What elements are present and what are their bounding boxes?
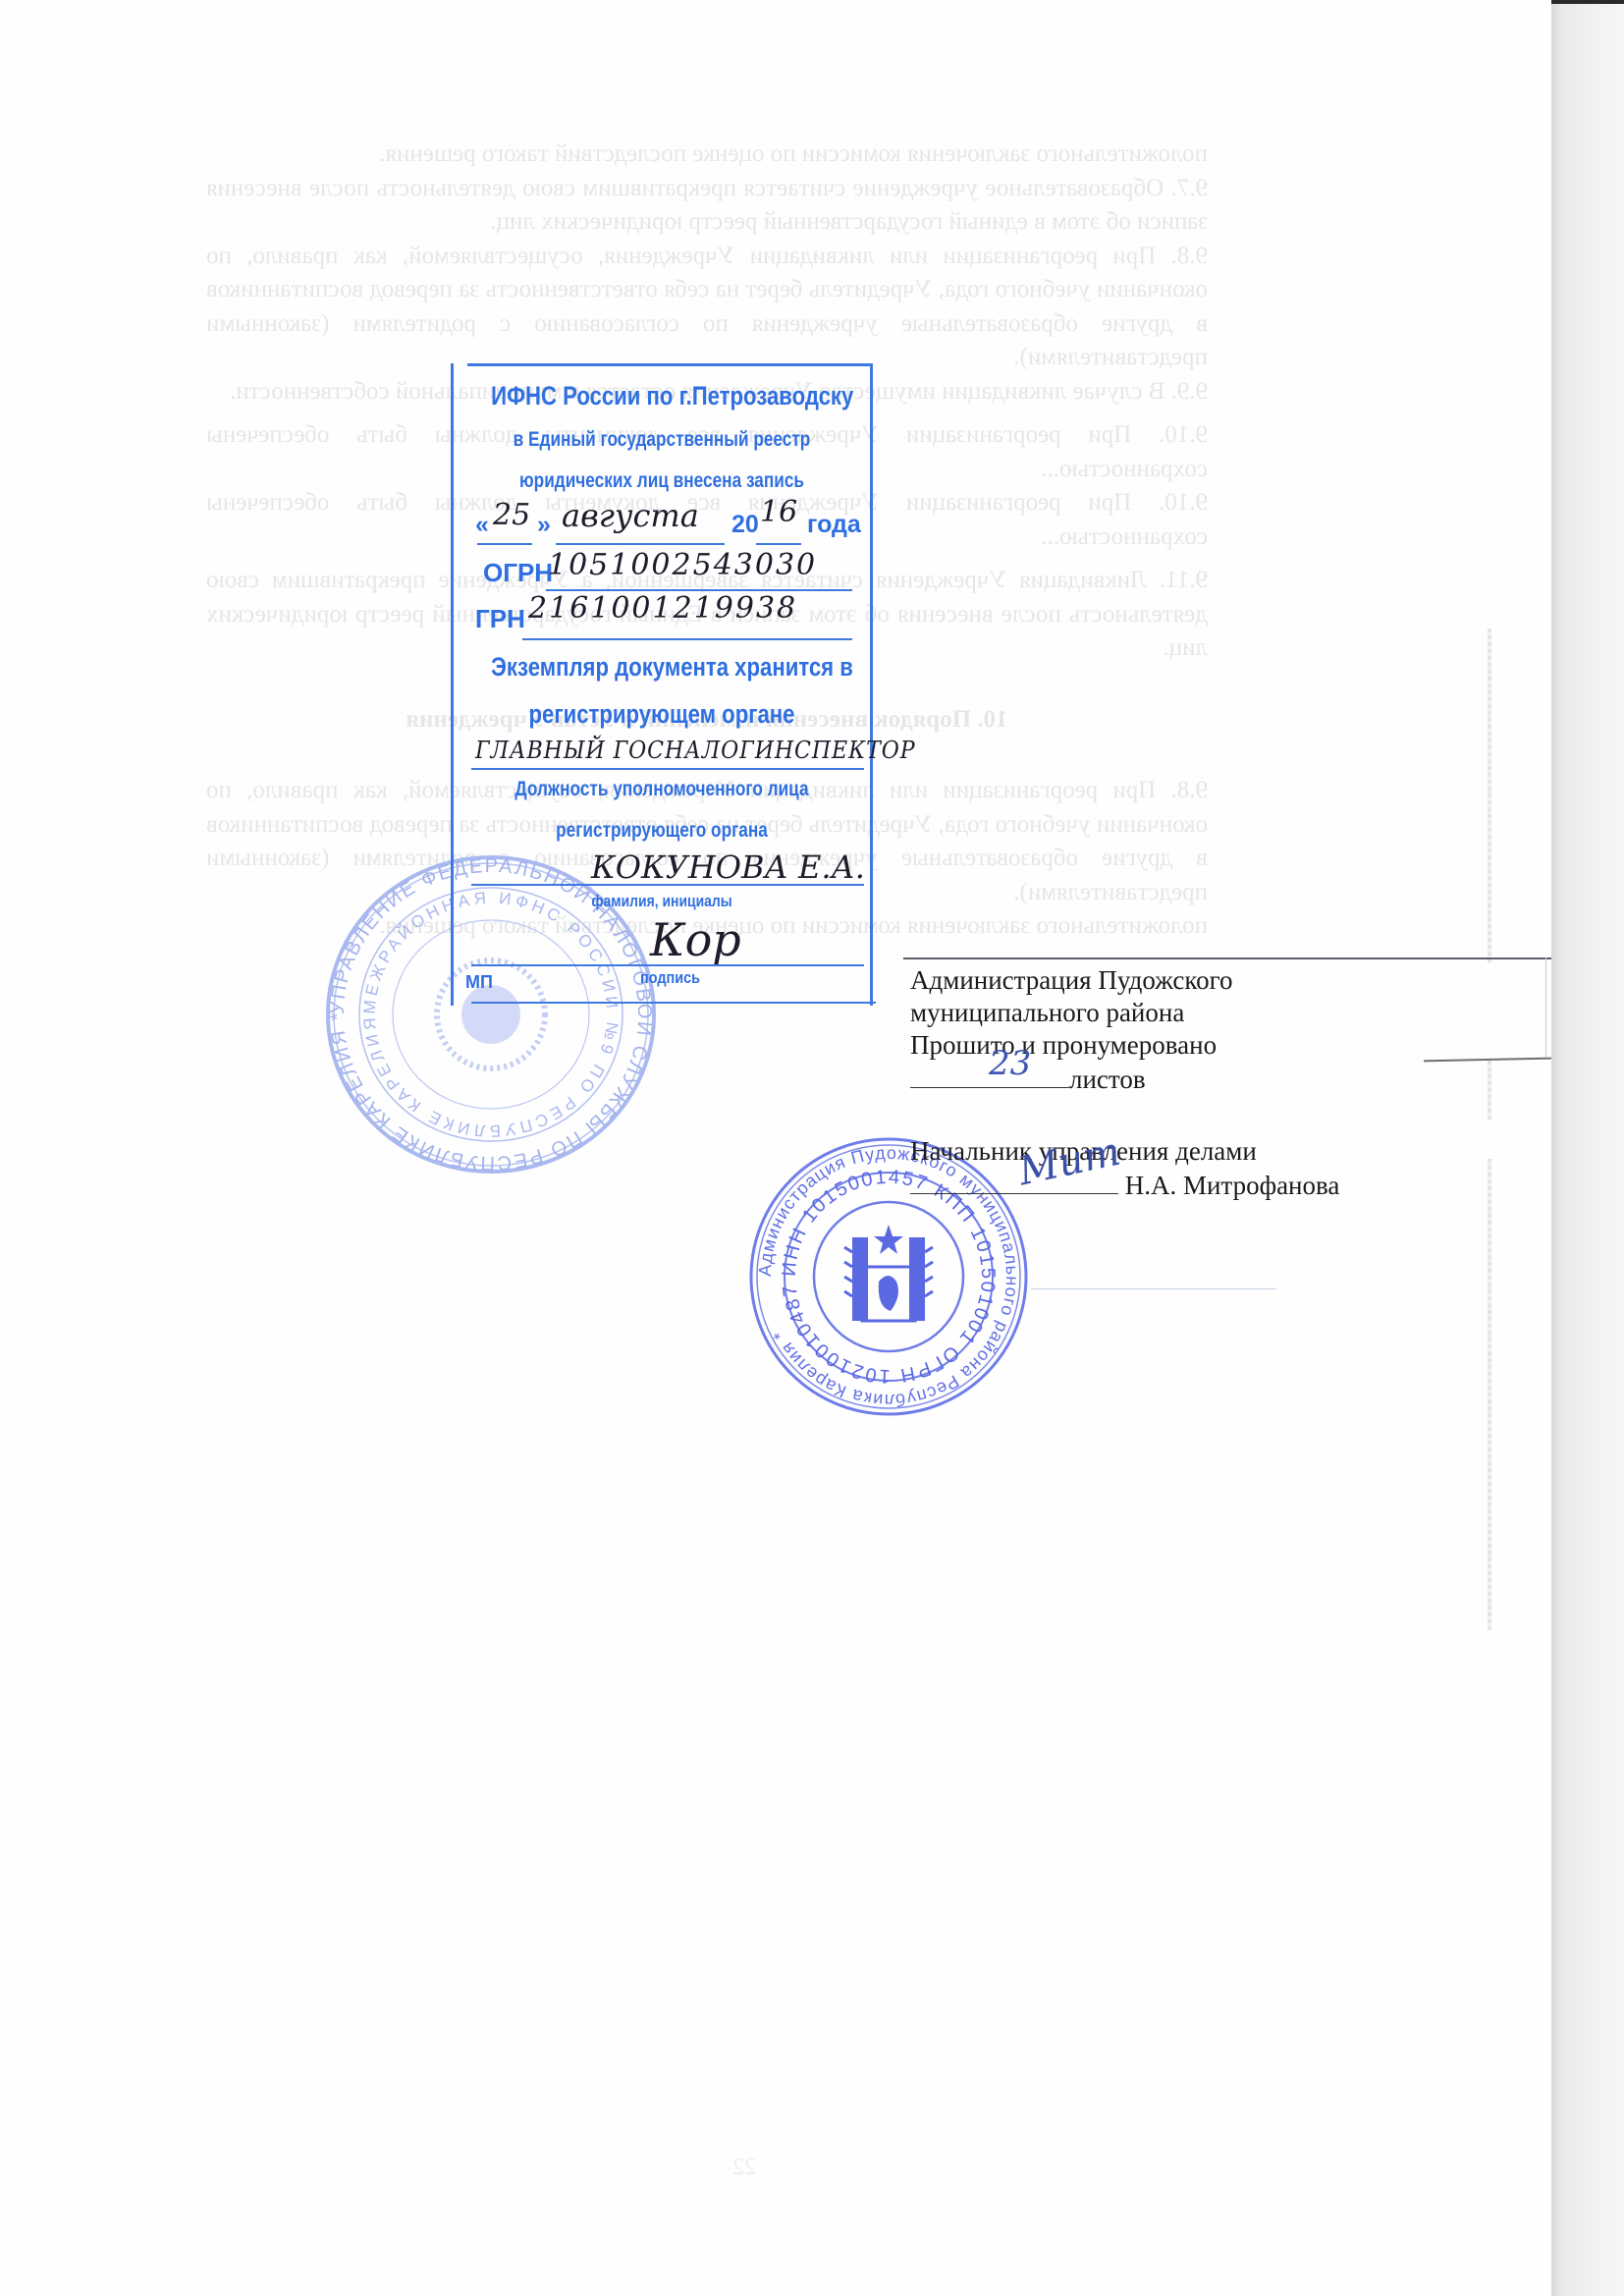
position-caption-2: регистрирующего органа [491,819,833,843]
stamp-border [467,363,870,366]
date-open-quote: « [475,511,489,538]
sheets-count: 23 [989,1048,1031,1080]
coat-of-arms-icon [844,1225,933,1321]
date-year-prefix: 20 [731,511,759,539]
stamp-copy-kept-1: Экземпляр документа хранится в [491,652,833,683]
ogrn-label: ОГРН [483,558,553,588]
ghost-paragraph: 9.8. При реорганизации или ликвидации Уч… [206,240,1208,375]
binding-thread [1488,1159,1491,1630]
ghost-page-number: 22 [732,2151,756,2185]
page-edge-shadow [1551,0,1624,2296]
official-position: ГЛАВНЫЙ ГОСНАЛОГИНСПЕКТОР [475,737,916,764]
seal-label: МП [465,972,493,993]
name-caption: фамилия, инициалы [491,892,833,911]
date-close-quote: » [537,511,551,539]
label-frame-edge [1031,1288,1276,1289]
stamp-authority: ИФНС России по г.Петрозаводску [491,381,833,411]
binding-thread [1488,629,1491,962]
date-month: августа [562,497,699,534]
date-year-suffix: 16 [760,495,797,529]
grn-label: ГРН [475,604,525,634]
date-day: 25 [493,498,530,532]
signatory-name: Н.А. Митрофанова [1125,1171,1340,1200]
stamp-line-3: юридических лиц внесена запись [491,469,833,493]
sheets-word: листов [1069,1065,1146,1094]
stamp-date-row: « [475,511,489,539]
signature-caption: подпись [640,968,700,988]
ghost-paragraph: 9.7. Образовательное учреждение считаетс… [206,172,1208,240]
label-frame-edge [903,957,1551,959]
official-name: КОКУНОВА Е.А. [591,848,865,886]
grn-value: 2161001219938 [528,591,797,626]
date-year-word: года [807,511,861,539]
signatory-position: Начальник управления делами [910,1135,1339,1168]
cert-line-2: муниципального района [910,997,1339,1029]
scanner-border [1551,0,1624,4]
official-signature: Кор [650,913,741,966]
ghost-paragraph: положительного заключения комиссии по оц… [206,137,1208,172]
registration-stamp: ИФНС России по г.Петрозаводску в Единый … [451,363,873,1006]
binding-thread [1488,1061,1491,1120]
binding-certificate: Администрация Пудожского муниципального … [910,964,1339,1202]
stamp-copy-kept-2: регистрирующем органе [491,699,833,730]
cert-line-1: Администрация Пудожского [910,964,1339,997]
label-frame-edge [1545,957,1546,1059]
stamp-line-2: в Единый государственный реестр [491,428,833,452]
position-caption-1: Должность уполномоченного лица [491,778,833,801]
cert-line-3: Прошито и пронумеровано [910,1029,1339,1062]
ogrn-value: 1051002543030 [548,548,817,582]
